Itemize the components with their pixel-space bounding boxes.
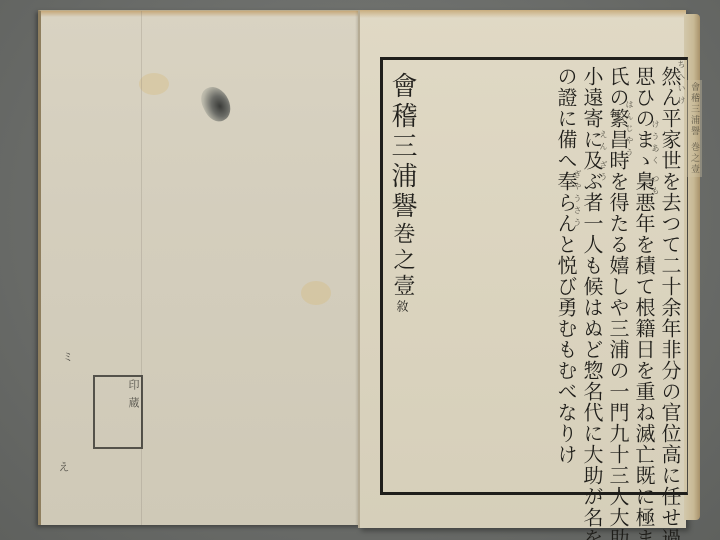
title-work: 譽 (387, 192, 417, 222)
handwritten-margin-note: え (55, 461, 71, 472)
left-endpaper-page: 印 蔵 ミ え (38, 10, 361, 525)
printed-border-frame: 會稽三浦譽巻之壹敘 然ん平家世を去つて二十余年非分の官位高に任せ過るの俸禄 思ひ… (380, 57, 688, 495)
seal-glyph: 印 (127, 379, 139, 390)
furigana: えん ざう (599, 130, 608, 185)
furigana: ぎやうさう (573, 170, 582, 230)
text-line: 小遠寄に及ぶ者一人も候はぬど惣名代に大助が名を記し傾写 (579, 66, 605, 486)
body-text-block: 然ん平家世を去つて二十余年非分の官位高に任せ過るの俸禄 思ひのまゝ梟悪年を積て根… (553, 66, 683, 486)
furigana: はんじやう (625, 100, 634, 160)
text-line: の證に備へ奉らんと悦び勇むもむべなりけ (553, 66, 579, 486)
paper-stain (139, 73, 169, 95)
fore-edge-title-label: 會稽三浦譽 巻之壹 (687, 80, 702, 177)
handwritten-margin-note: ミ (59, 351, 75, 362)
right-text-page: 會稽三浦譽巻之壹敘 然ん平家世を去つて二十余年非分の官位高に任せ過るの俸禄 思ひ… (358, 10, 686, 528)
seal-glyph: 蔵 (127, 397, 139, 408)
furigana: ちへいけ (677, 60, 686, 108)
ownership-seal-stamp: 印 蔵 (93, 375, 143, 449)
preface-note: 敘 (395, 300, 409, 312)
paper-stain (301, 281, 331, 305)
book-title-column: 會稽三浦譽巻之壹敘 (387, 72, 417, 312)
volume-label: 巻之壹 (390, 222, 415, 300)
furigana: けうあく つも (651, 120, 660, 199)
gutter-line (358, 10, 360, 528)
worm-hole (197, 82, 236, 126)
title-main: 會稽三浦 (387, 72, 417, 192)
text-line: 然ん平家世を去つて二十余年非分の官位高に任せ過るの俸禄 (657, 66, 683, 486)
